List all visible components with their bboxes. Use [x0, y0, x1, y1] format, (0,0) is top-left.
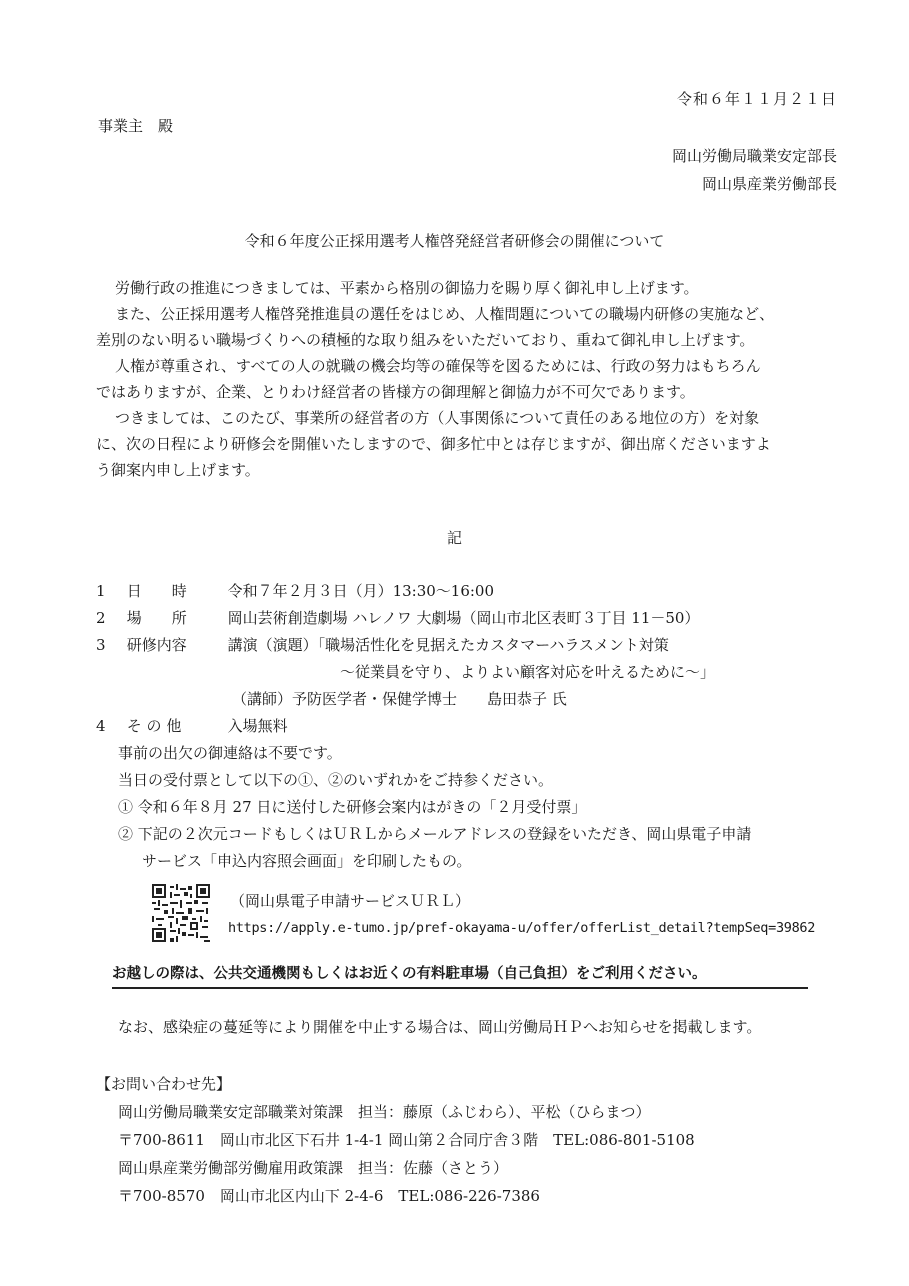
- sender-prefecture: 岡山県産業労働部長: [702, 173, 837, 194]
- item-value: 入場無料: [228, 717, 288, 735]
- item-venue: 2 場 所 岡山芸術創造劇場 ハレノワ 大劇場（岡山市北区表町３丁目 11－50…: [96, 607, 699, 628]
- transport-notice: お越しの際は、公共交通機関もしくはお近くの有料駐車場（自己負担）をご利用ください…: [112, 962, 808, 989]
- body-line: ではありますが、企業、とりわけ経営者の皆様方の御理解と御協力が不可欠であります。: [96, 379, 695, 405]
- item-number: 2: [96, 609, 122, 627]
- item-value: 岡山芸術創造劇場 ハレノワ 大劇場（岡山市北区表町３丁目 11－50）: [228, 609, 700, 627]
- item-datetime: 1 日 時 令和７年２月３日（月）13:30～16:00: [96, 580, 494, 601]
- qr-code-icon[interactable]: [152, 884, 210, 942]
- body-line: に、次の日程により研修会を開催いたしますので、御多忙中とは存じますが、御出席くだ…: [96, 431, 771, 457]
- lecture-title: 講演（演題）「職場活性化を見据えたカスタマーハラスメント対策: [228, 636, 669, 654]
- addressee: 事業主 殿: [98, 115, 173, 136]
- option-1: ① 令和６年８月 27 日に送付した研修会案内はがきの「２月受付票」: [118, 796, 586, 817]
- item-content: 3 研修内容 講演（演題）「職場活性化を見据えたカスタマーハラスメント対策: [96, 634, 669, 655]
- reception-note: 当日の受付票として以下の①、②のいずれかをご持参ください。: [118, 769, 553, 790]
- item-label: 日 時: [127, 580, 223, 601]
- body-line: つきましては、このたび、事業所の経営者の方（人事関係について責任のある地位の方）…: [115, 405, 759, 431]
- contact-line: 岡山労働局職業安定部職業対策課 担当：藤原（ふじわら）、平松（ひらまつ）: [118, 1101, 651, 1122]
- cancellation-notice: なお、感染症の蔓延等により開催を中止する場合は、岡山労働局ＨＰへお知らせを掲載し…: [118, 1016, 761, 1037]
- contact-line: 〒700-8611 岡山市北区下石井 1-4-1 岡山第２合同庁舎３階 TEL:…: [118, 1129, 695, 1150]
- qr-url-label: （岡山県電子申請サービスＵＲＬ）: [230, 890, 470, 911]
- application-url-link[interactable]: https://apply.e-tumo.jp/pref-okayama-u/o…: [228, 920, 815, 936]
- attendance-note: 事前の出欠の御連絡は不要です。: [118, 742, 342, 763]
- item-number: 3: [96, 636, 122, 654]
- ki-marker: 記: [0, 527, 909, 548]
- sender-labor-bureau: 岡山労働局職業安定部長: [672, 145, 837, 166]
- item-label: 場 所: [127, 607, 223, 628]
- document-date: 令和６年１１月２１日: [677, 88, 837, 109]
- item-other: 4 そ の 他 入場無料: [96, 715, 288, 736]
- contact-line: 〒700-8570 岡山市北区内山下 2-4-6 TEL:086-226-738…: [118, 1185, 540, 1206]
- item-number: 4: [96, 717, 122, 735]
- item-label: そ の 他: [127, 715, 223, 736]
- option-2-cont: サービス「申込内容照会画面」を印刷したもの。: [142, 850, 471, 871]
- body-line: う御案内申し上げます。: [96, 457, 260, 483]
- contact-line: 岡山県産業労働部労働雇用政策課 担当：佐藤（さとう）: [118, 1157, 508, 1178]
- item-number: 1: [96, 582, 122, 600]
- lecture-subtitle: ～従業員を守り、よりよい顧客対応を叶えるために～」: [340, 661, 715, 682]
- contact-heading: 【お問い合わせ先】: [96, 1073, 231, 1094]
- item-label: 研修内容: [127, 634, 223, 655]
- lecturer: （講師）予防医学者・保健学博士 島田恭子 氏: [232, 688, 567, 709]
- item-value: 令和７年２月３日（月）13:30～16:00: [228, 582, 494, 600]
- body-line: 差別のない明るい職場づくりへの積極的な取り組みをいただいており、重ねて御礼申し上…: [96, 327, 754, 353]
- body-line: また、公正採用選考人権啓発推進員の選任をはじめ、人権問題についての職場内研修の実…: [115, 301, 774, 327]
- document-title: 令和６年度公正採用選考人権啓発経営者研修会の開催について: [0, 230, 909, 251]
- body-line: 労働行政の推進につきましては、平素から格別の御協力を賜り厚く御礼申し上げます。: [115, 275, 699, 301]
- body-line: 人権が尊重され、すべての人の就職の機会均等の確保等を図るためには、行政の努力はも…: [115, 353, 761, 379]
- option-2: ② 下記の２次元コードもしくはＵＲＬからメールアドレスの登録をいただき、岡山県電…: [118, 823, 751, 844]
